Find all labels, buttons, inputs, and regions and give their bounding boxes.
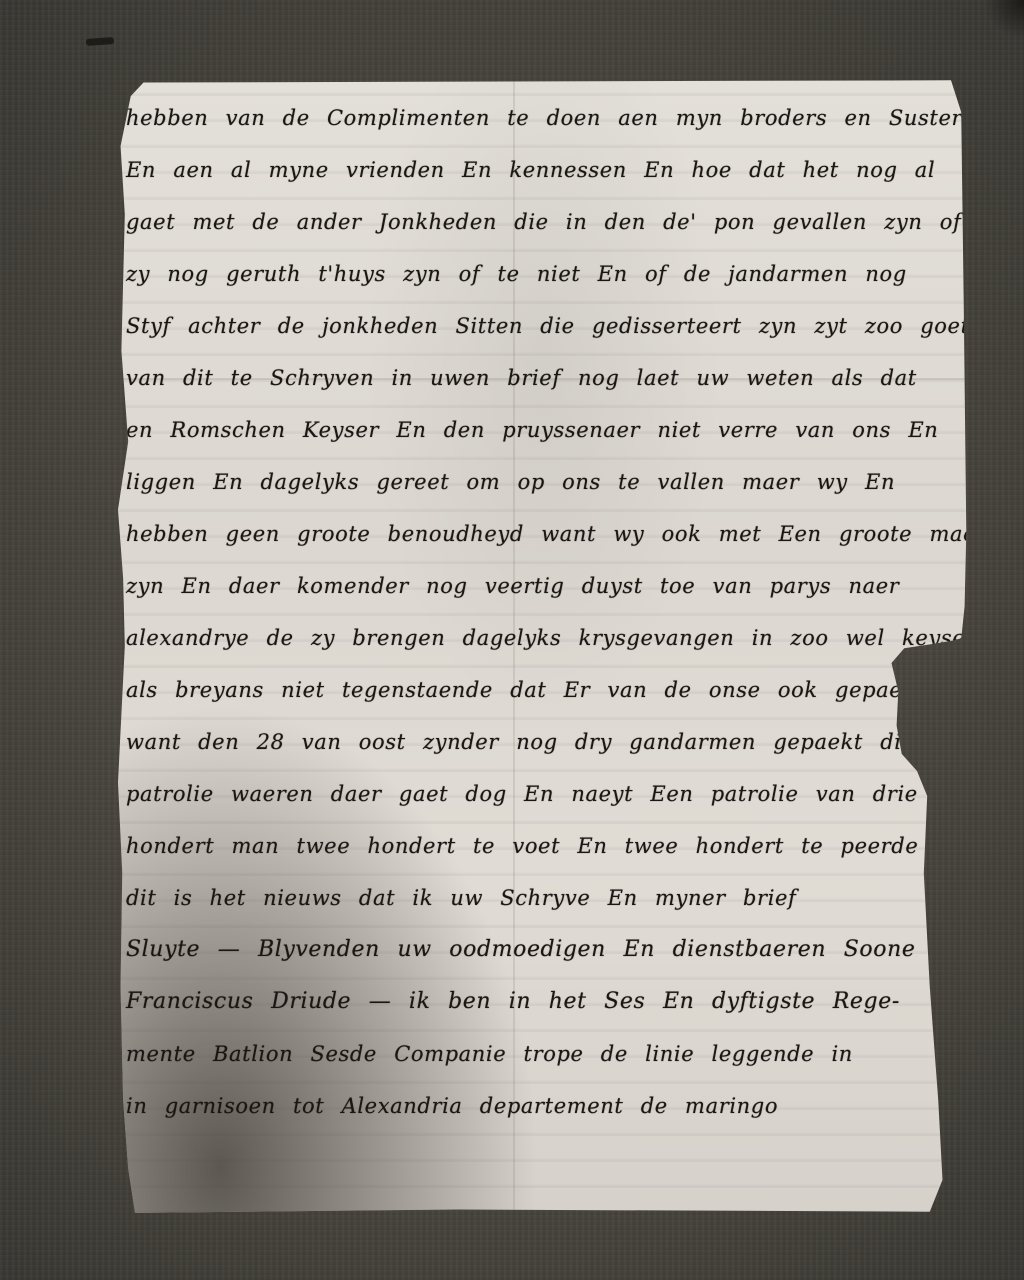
text-line-16: dit is het nieuws dat ik uw Schryve En m… bbox=[126, 872, 962, 924]
text-line-9: hebben geen groote benoudheyd want wy oo… bbox=[126, 508, 962, 560]
text-line-2: En aen al myne vrienden En kennessen En … bbox=[126, 144, 962, 196]
text-line-15: hondert man twee hondert te voet En twee… bbox=[126, 820, 962, 872]
text-line-7: en Romschen Keyser En den pruyssenaer ni… bbox=[126, 404, 962, 456]
garrison-line: in garnisoen tot Alexandria departement … bbox=[126, 1080, 962, 1132]
letter-page: hebben van de Complimenten te doen aen m… bbox=[118, 78, 968, 1214]
text-line-4: zy nog geruth t'huys zyn of te niet En o… bbox=[126, 248, 962, 300]
text-line-10: zyn En daer komender nog veertig duyst t… bbox=[126, 560, 962, 612]
text-line-8: liggen En dagelyks gereet om op ons te v… bbox=[126, 456, 962, 508]
text-line-12: als breyans niet tegenstaende dat Er van… bbox=[126, 664, 962, 716]
frame-corner-shadow bbox=[984, 0, 1024, 40]
text-line-5: Styf achter de jonkheden Sitten die gedi… bbox=[126, 300, 962, 352]
text-line-11: alexandrye de zy brengen dagelyks krysge… bbox=[126, 612, 962, 664]
text-line-14: patrolie waeren daer gaet dog En naeyt E… bbox=[126, 768, 962, 820]
text-line-3: gaet met de ander Jonkheden die in den d… bbox=[126, 196, 962, 248]
regiment-line: mente Batlion Sesde Companie trope de li… bbox=[126, 1028, 962, 1080]
closing-line: Sluyte — Blyvenden uw oodmoedigen En die… bbox=[126, 924, 962, 976]
text-line-6: van dit te Schryven in uwen brief nog la… bbox=[126, 352, 962, 404]
text-line-13: want den 28 van oost zynder nog dry gand… bbox=[126, 716, 962, 768]
handwritten-text-body: hebben van de Complimenten te doen aen m… bbox=[126, 92, 962, 1132]
signature-line: Franciscus Driude — ik ben in het Ses En… bbox=[126, 976, 962, 1028]
text-line-1: hebben van de Complimenten te doen aen m… bbox=[126, 92, 962, 144]
frame-mark bbox=[86, 37, 114, 46]
